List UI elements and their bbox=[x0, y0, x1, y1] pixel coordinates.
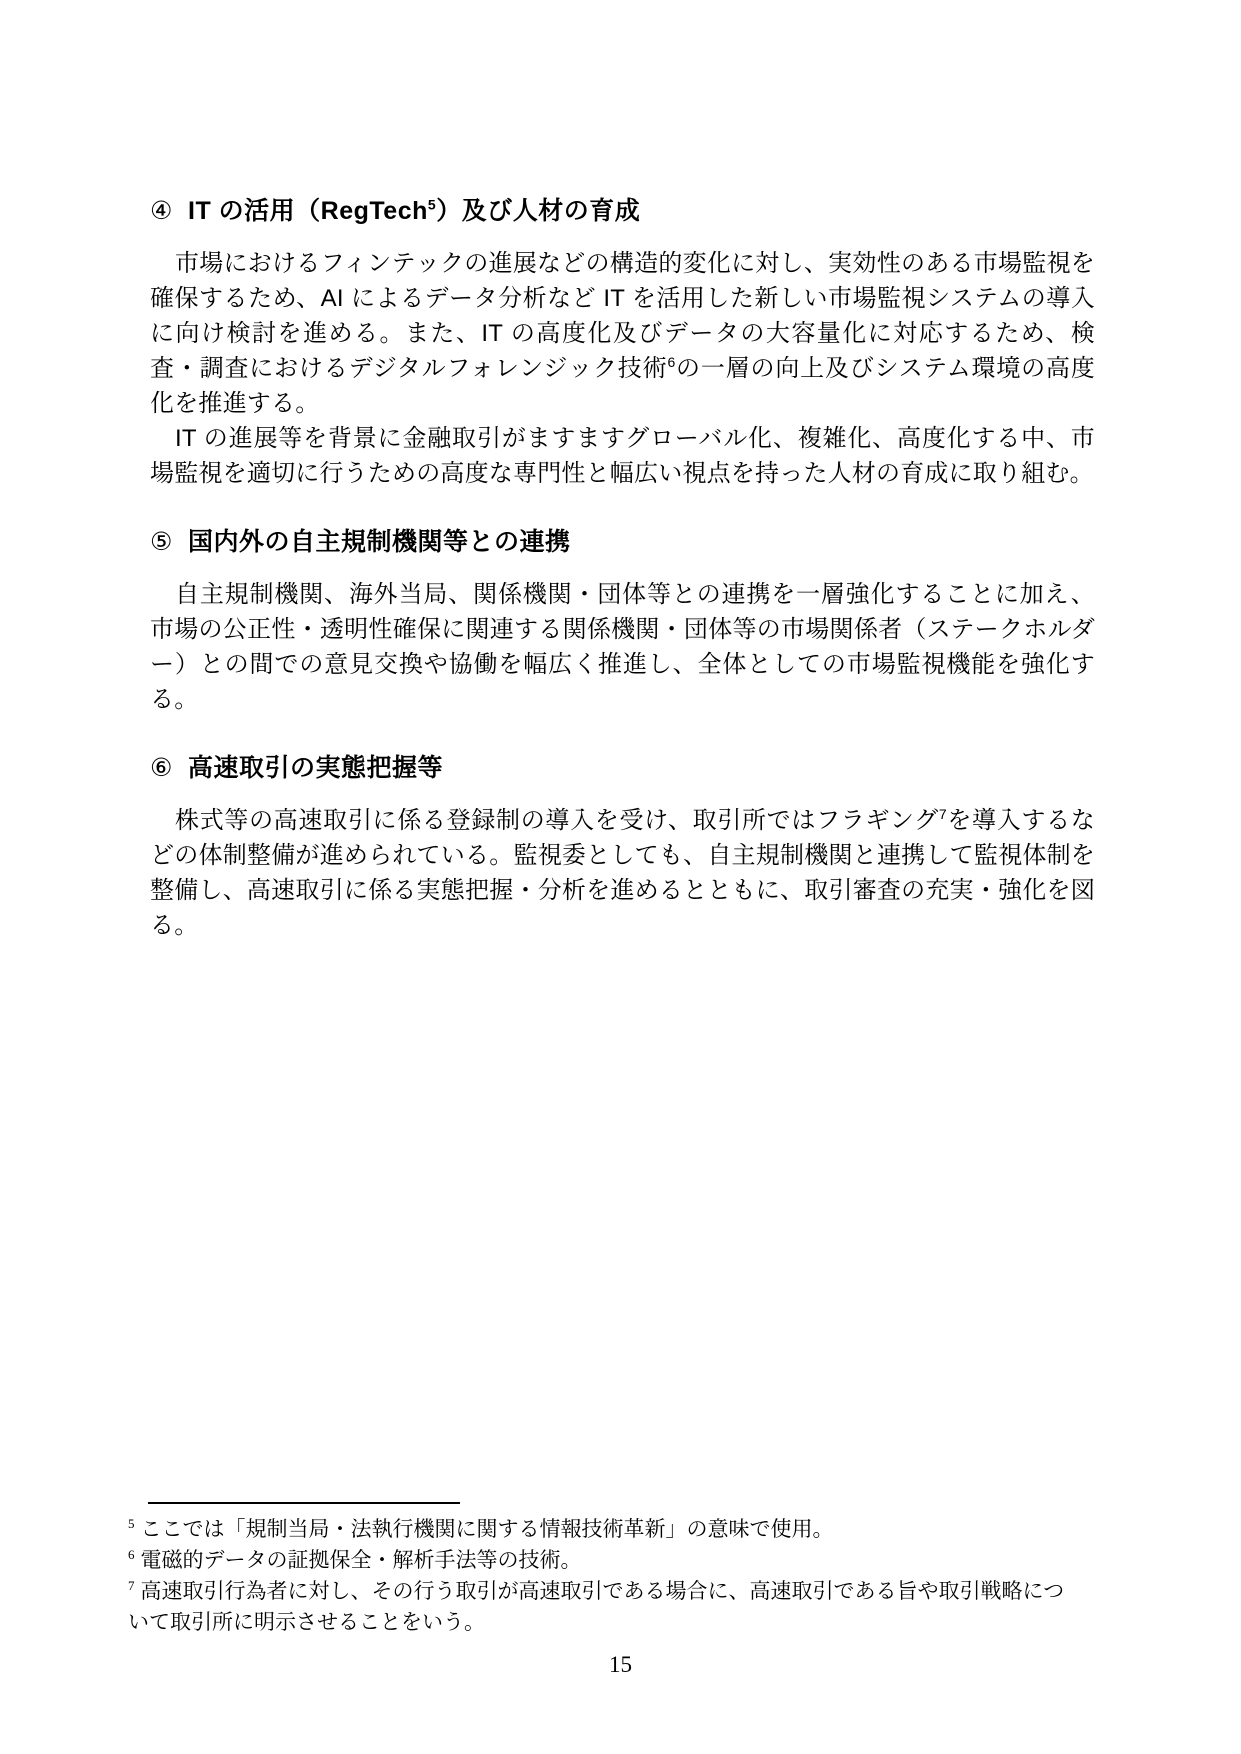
footnote-number: 6 bbox=[128, 1547, 135, 1562]
section-title: IT の活用（RegTech5）及び人材の育成 bbox=[188, 196, 640, 226]
section-heading: ⑤ 国内外の自主規制機関等との連携 bbox=[150, 527, 1095, 557]
section-self-regulatory-cooperation: ⑤ 国内外の自主規制機関等との連携 自主規制機関、海外当局、関係機関・団体等との… bbox=[150, 527, 1095, 717]
document-page: ④ IT の活用（RegTech5）及び人材の育成 市場におけるフィンテックの進… bbox=[0, 0, 1241, 1754]
section-title-text: 高速取引の実態把握等 bbox=[188, 754, 443, 782]
paragraph-text: 株式等の高速取引に係る登録制の導入を受け、取引所ではフラギング bbox=[175, 807, 939, 834]
footnote-5: 5ここでは「規制当局・法執行機関に関する情報技術革新」の意味で使用。 bbox=[128, 1514, 1080, 1545]
section-title-text: IT の活用（RegTech bbox=[188, 197, 428, 225]
section-it-regtech: ④ IT の活用（RegTech5）及び人材の育成 市場におけるフィンテックの進… bbox=[150, 196, 1095, 491]
footnote-text: ここでは「規制当局・法執行機関に関する情報技術革新」の意味で使用。 bbox=[141, 1517, 834, 1541]
footnote-number: 7 bbox=[128, 1578, 135, 1593]
section-heading: ④ IT の活用（RegTech5）及び人材の育成 bbox=[150, 196, 1095, 226]
footnote-7: 7高速取引行為者に対し、その行う取引が高速取引である場合に、高速取引である旨や取… bbox=[128, 1576, 1080, 1638]
section-heading: ⑥ 高速取引の実態把握等 bbox=[150, 753, 1095, 783]
section-marker: ④ bbox=[150, 196, 188, 226]
paragraph-text: 自主規制機関、海外当局、関係機関・団体等との連携を一層強化することに加え、市場の… bbox=[150, 581, 1095, 713]
section-high-speed-trading: ⑥ 高速取引の実態把握等 株式等の高速取引に係る登録制の導入を受け、取引所ではフ… bbox=[150, 753, 1095, 943]
section-title: 高速取引の実態把握等 bbox=[188, 753, 443, 783]
paragraph-text: IT の進展等を背景に金融取引がますますグローバル化、複雑化、高度化する中、市場… bbox=[150, 425, 1095, 487]
page-content: ④ IT の活用（RegTech5）及び人材の育成 市場におけるフィンテックの進… bbox=[150, 196, 1095, 943]
page-number: 15 bbox=[0, 1652, 1241, 1678]
footnote-ref-5: 5 bbox=[428, 197, 436, 213]
footnote-area: 5ここでは「規制当局・法執行機関に関する情報技術革新」の意味で使用。 6電磁的デ… bbox=[128, 1502, 1080, 1638]
footnote-6: 6電磁的データの証拠保全・解析手法等の技術。 bbox=[128, 1545, 1080, 1576]
section-title-text: ）及び人材の育成 bbox=[436, 197, 640, 225]
footnote-number: 5 bbox=[128, 1516, 135, 1531]
section-marker: ⑥ bbox=[150, 753, 188, 783]
footnote-separator bbox=[148, 1502, 460, 1504]
footnote-ref-7: 7 bbox=[939, 806, 947, 822]
paragraph: 市場におけるフィンテックの進展などの構造的変化に対し、実効性のある市場監視を確保… bbox=[150, 246, 1095, 421]
paragraph: IT の進展等を背景に金融取引がますますグローバル化、複雑化、高度化する中、市場… bbox=[150, 421, 1095, 491]
section-title-text: 国内外の自主規制機関等との連携 bbox=[188, 528, 571, 556]
footnote-text: 高速取引行為者に対し、その行う取引が高速取引である場合に、高速取引である旨や取引… bbox=[128, 1579, 1064, 1634]
section-title: 国内外の自主規制機関等との連携 bbox=[188, 527, 571, 557]
paragraph: 自主規制機関、海外当局、関係機関・団体等との連携を一層強化することに加え、市場の… bbox=[150, 577, 1095, 717]
section-marker: ⑤ bbox=[150, 527, 188, 557]
paragraph: 株式等の高速取引に係る登録制の導入を受け、取引所ではフラギング7を導入するなどの… bbox=[150, 803, 1095, 943]
footnote-text: 電磁的データの証拠保全・解析手法等の技術。 bbox=[141, 1548, 582, 1572]
